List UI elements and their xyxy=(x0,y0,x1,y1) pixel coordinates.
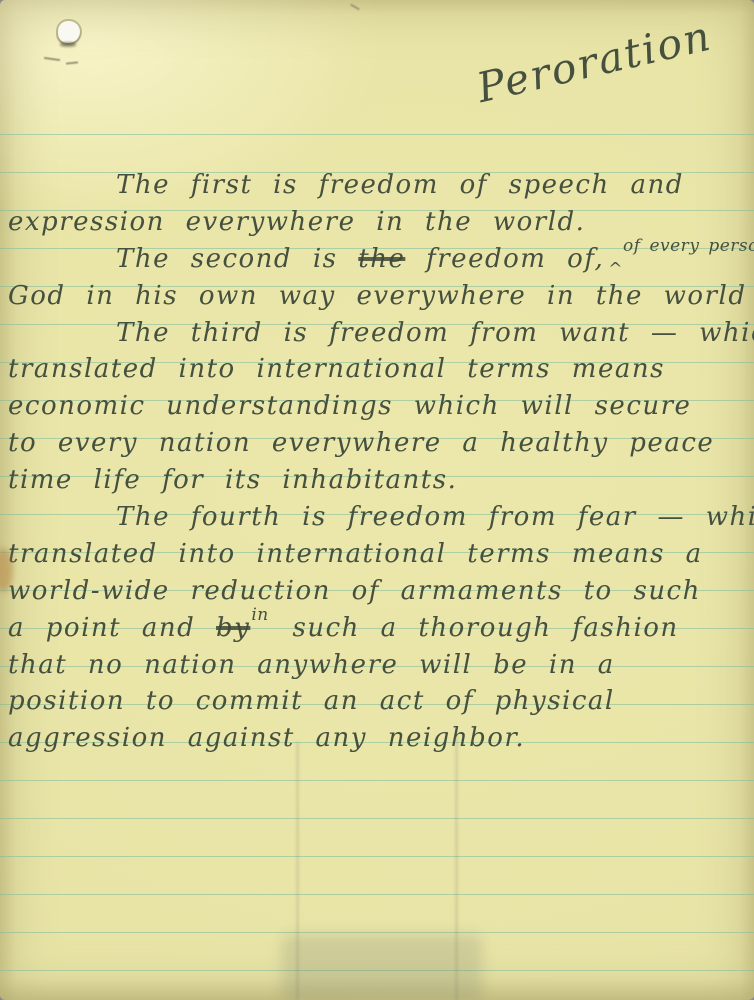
bottom-stain xyxy=(282,934,482,1000)
handwritten-text: such a thorough fashion xyxy=(272,613,679,643)
handwritten-text: aggression against any neighbor. xyxy=(8,723,525,753)
inserted-text-above-line: in xyxy=(251,607,268,624)
handwritten-text: translated into international terms mean… xyxy=(8,354,665,384)
handwritten-text: freedom of, xyxy=(405,244,604,274)
handwritten-text: that no nation anywhere will be in a xyxy=(8,650,615,680)
handwritten-text: position to commit an act of physical xyxy=(8,686,615,716)
struck-out-word: the xyxy=(358,244,405,274)
handwritten-text: translated into international terms mean… xyxy=(8,539,703,569)
inserted-text-above-line: of every person xyxy=(623,238,754,255)
handwritten-text: to every nation everywhere a healthy pea… xyxy=(8,428,714,458)
handwritten-text: a point and xyxy=(8,613,216,643)
handwritten-text: world-wide reduction of armaments to suc… xyxy=(8,576,701,606)
handwritten-text: The second is xyxy=(116,244,358,274)
manuscript-line: The fourth is freedom from fear — which xyxy=(8,500,754,537)
paper-scratch xyxy=(44,57,60,61)
manuscript-line: God in his own way everywhere in the wor… xyxy=(8,279,754,316)
manuscript-line: a point and byin such a thorough fashion xyxy=(8,611,754,648)
manuscript-line: The first is freedom of speech and xyxy=(8,168,754,205)
manuscript-line: aggression against any neighbor. xyxy=(8,721,754,758)
manuscript-line: The third is freedom from want — which xyxy=(8,316,754,353)
scanned-page: Peroration The first is freedom of speec… xyxy=(0,0,754,1000)
manuscript-line: translated into international terms mean… xyxy=(8,537,754,574)
manuscript-line: position to commit an act of physical xyxy=(8,684,754,721)
handwritten-text: economic understandings which will secur… xyxy=(8,391,691,421)
paper-sheet: Peroration The first is freedom of speec… xyxy=(0,0,754,1000)
manuscript-line: economic understandings which will secur… xyxy=(8,389,754,426)
struck-out-word: by xyxy=(216,613,250,643)
handwritten-text: The fourth is freedom from fear — which xyxy=(116,502,754,532)
punch-hole xyxy=(58,21,80,43)
handwritten-text: The third is freedom from want — which xyxy=(116,318,754,348)
manuscript-line: to every nation everywhere a healthy pea… xyxy=(8,426,754,463)
manuscript-line: time life for its inhabitants. xyxy=(8,463,754,500)
manuscript-line: translated into international terms mean… xyxy=(8,352,754,389)
manuscript-line: The second is the freedom of,^of every p… xyxy=(8,242,754,279)
handwritten-text: God in his own way everywhere in the wor… xyxy=(8,281,746,311)
paper-scratch xyxy=(350,4,360,11)
handwritten-text: The first is freedom of speech and xyxy=(116,170,684,200)
handwritten-text: time life for its inhabitants. xyxy=(8,465,457,495)
handwritten-text: expression everywhere in the world. xyxy=(8,207,585,237)
manuscript-lines: The first is freedom of speech andexpres… xyxy=(8,168,754,758)
caret-mark: ^ xyxy=(608,252,624,286)
manuscript-line: world-wide reduction of armaments to suc… xyxy=(8,574,754,611)
manuscript-body: The first is freedom of speech andexpres… xyxy=(8,168,754,758)
page-title: Peroration xyxy=(472,5,753,144)
manuscript-line: that no nation anywhere will be in a xyxy=(8,648,754,685)
paper-scratch xyxy=(66,61,78,64)
